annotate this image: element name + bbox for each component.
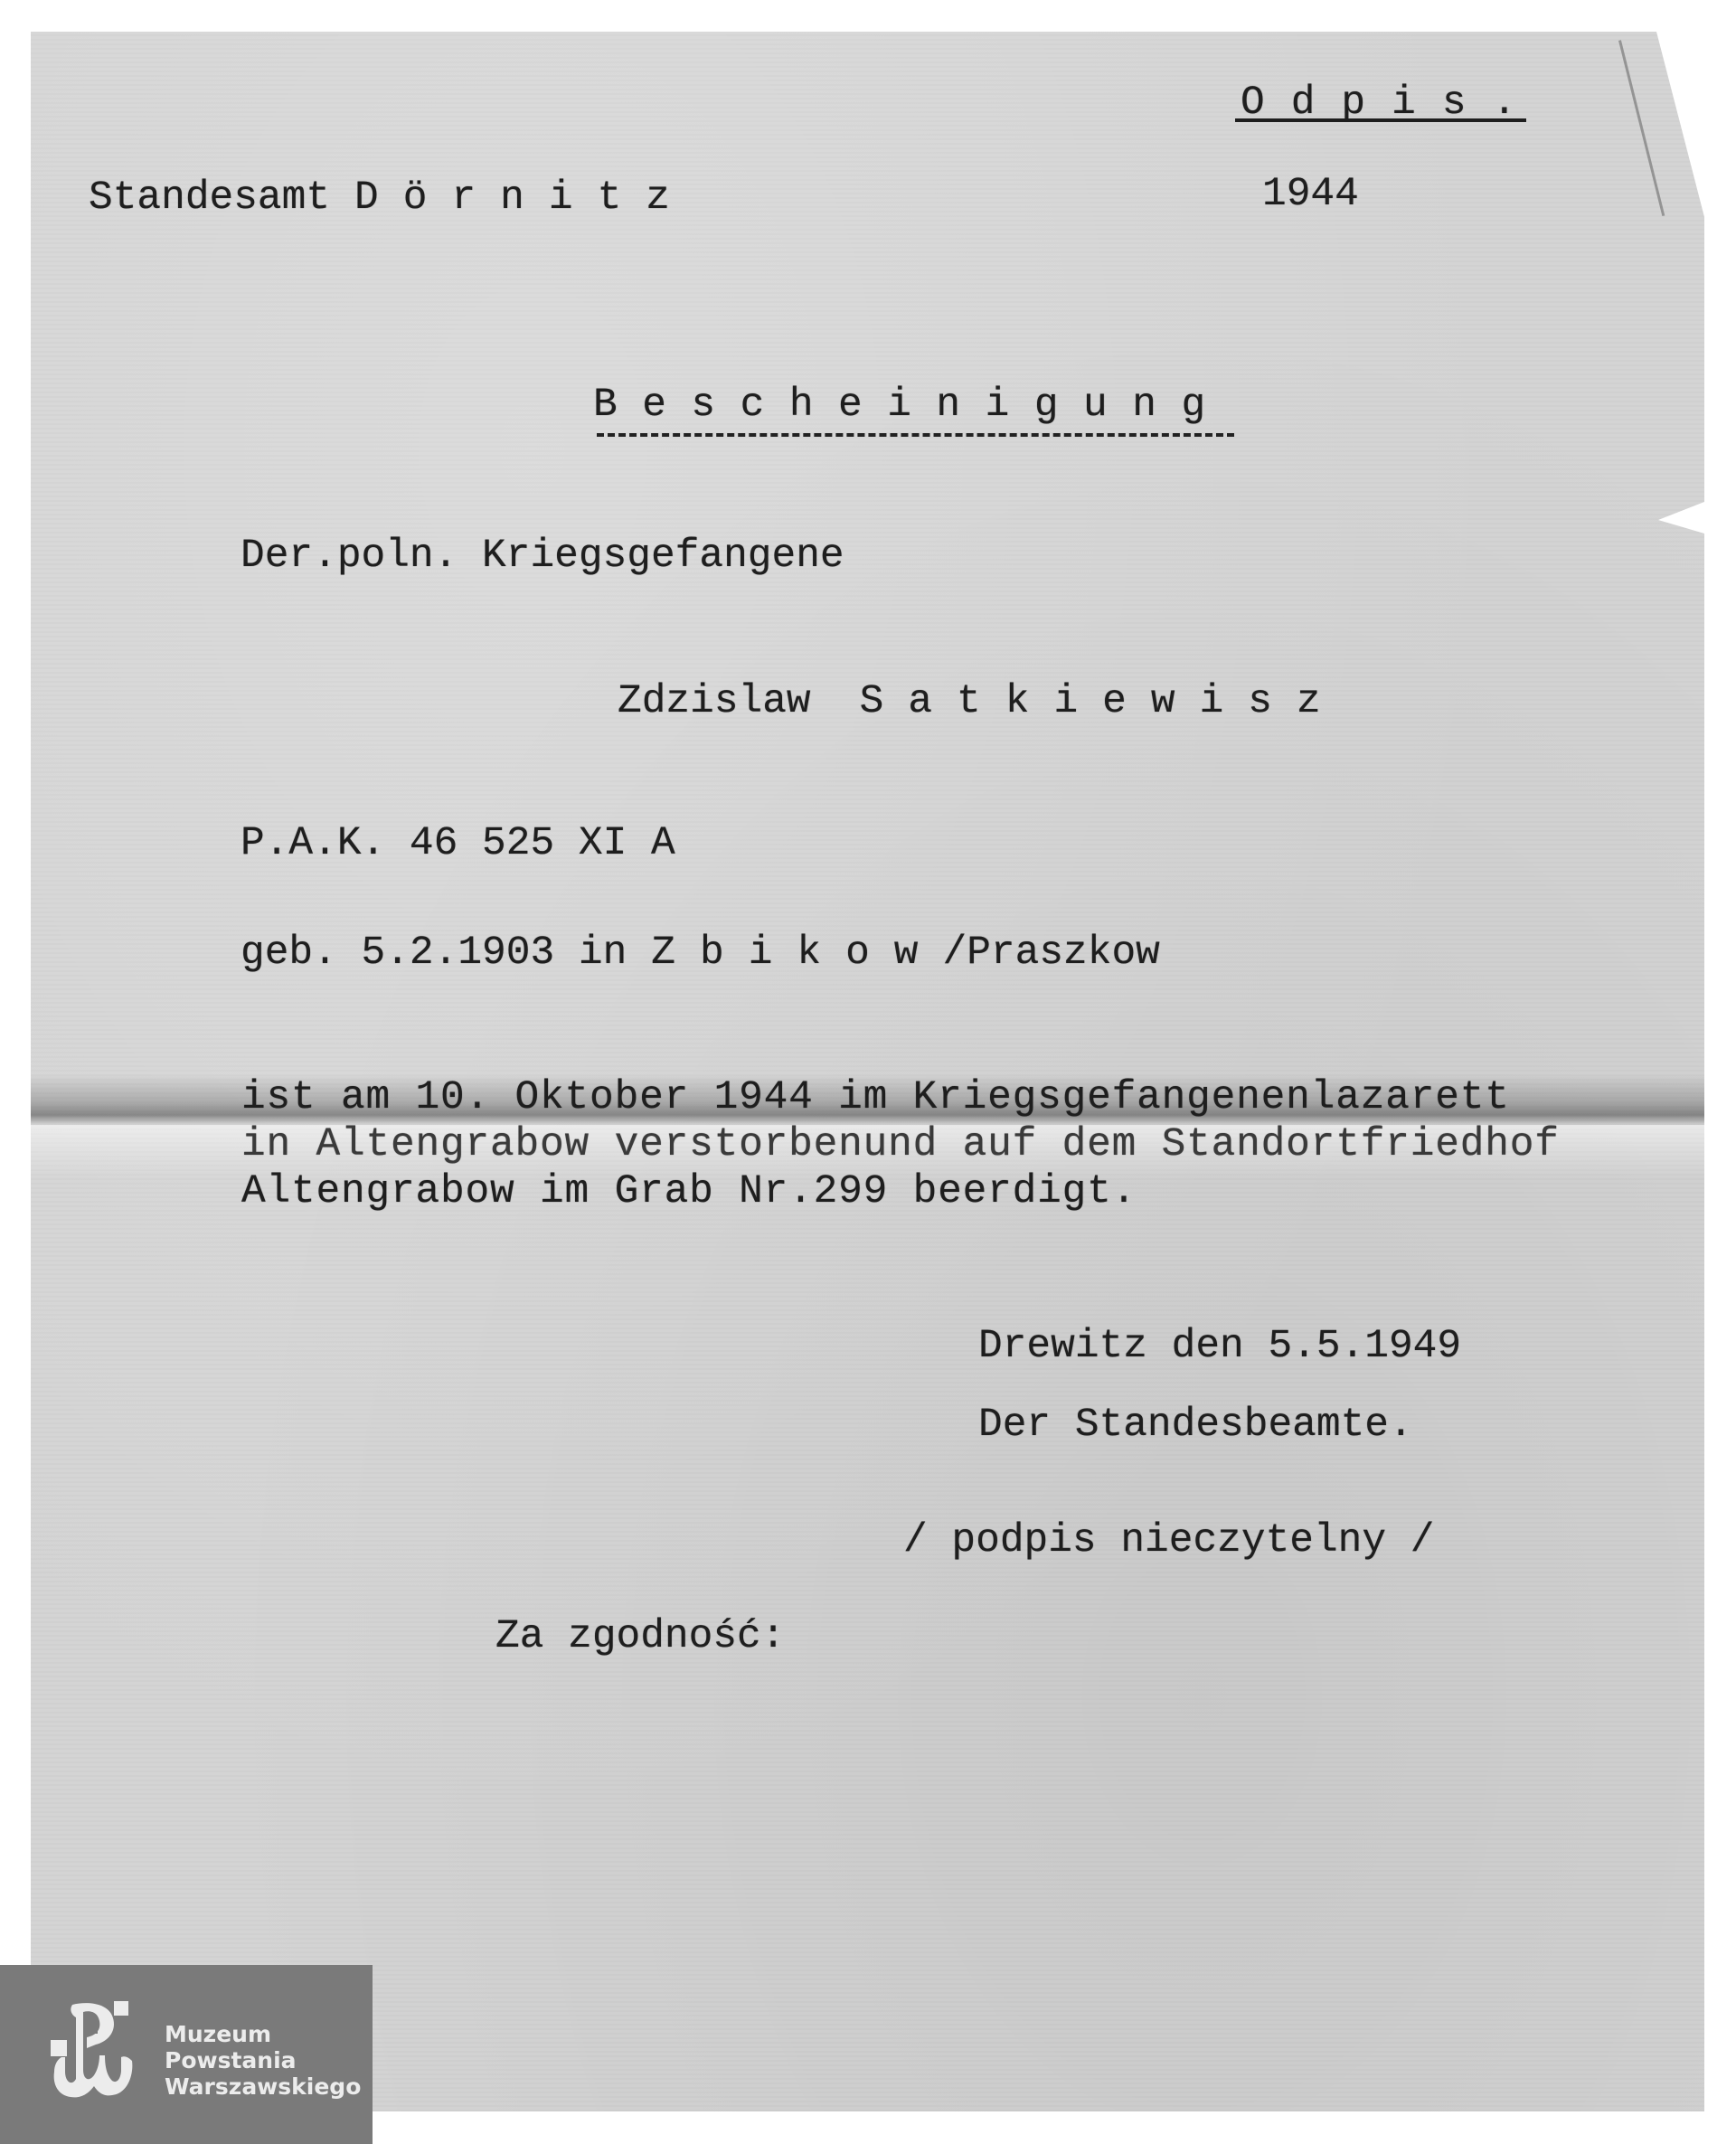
museum-name-line: Muzeum bbox=[165, 2021, 361, 2047]
birth-line: geb. 5.2.1903 inZbikow/Praszkow bbox=[241, 933, 1160, 973]
office-prefix: Standesamt bbox=[89, 175, 330, 221]
death-line: in Altengrabow verstorbenund auf dem Sta… bbox=[241, 1125, 1560, 1165]
first-name: Zdzislaw bbox=[618, 679, 811, 724]
death-line: ist am 10. Oktober 1944 im Kriegsgefange… bbox=[241, 1078, 1510, 1118]
death-line: Altengrabow im Grab Nr.299 beerdigt. bbox=[241, 1172, 1137, 1212]
document-title: Bescheinigung bbox=[593, 385, 1231, 425]
conformity-note: Za zgodność: bbox=[495, 1617, 785, 1657]
registry-office: StandesamtDörnitz bbox=[89, 178, 694, 218]
kotwica-anchor-icon bbox=[51, 1999, 152, 2101]
document-paper bbox=[31, 32, 1704, 2111]
museum-name-line: Powstania bbox=[165, 2047, 361, 2073]
document-year: 1944 bbox=[1262, 175, 1359, 214]
birth-place: Zbikow bbox=[651, 930, 942, 976]
place-date: Drewitz den 5.5.1949 bbox=[978, 1327, 1461, 1366]
title-underline bbox=[597, 433, 1234, 437]
copy-label-underline bbox=[1235, 118, 1526, 122]
intro-line: Der.poln. Kriegsgefangene bbox=[241, 536, 844, 576]
birth-date: geb. 5.2.1903 in bbox=[241, 930, 627, 976]
surname: Satkiewisz bbox=[860, 679, 1345, 724]
museum-name-line: Warszawskiego bbox=[165, 2073, 361, 2100]
person-name: ZdzislawSatkiewisz bbox=[618, 682, 1345, 722]
office-name: Dörnitz bbox=[354, 175, 694, 221]
signature-note: / podpis nieczytelny / bbox=[903, 1521, 1435, 1561]
museum-name: Muzeum Powstania Warszawskiego bbox=[165, 2021, 361, 2100]
pow-number: P.A.K. 46 525 XI A bbox=[241, 824, 675, 864]
birth-region: /Praszkow bbox=[943, 930, 1160, 976]
copy-label: Odpis. bbox=[1241, 83, 1543, 123]
official-title: Der Standesbeamte. bbox=[978, 1405, 1413, 1445]
museum-watermark: Muzeum Powstania Warszawskiego bbox=[0, 1965, 373, 2144]
